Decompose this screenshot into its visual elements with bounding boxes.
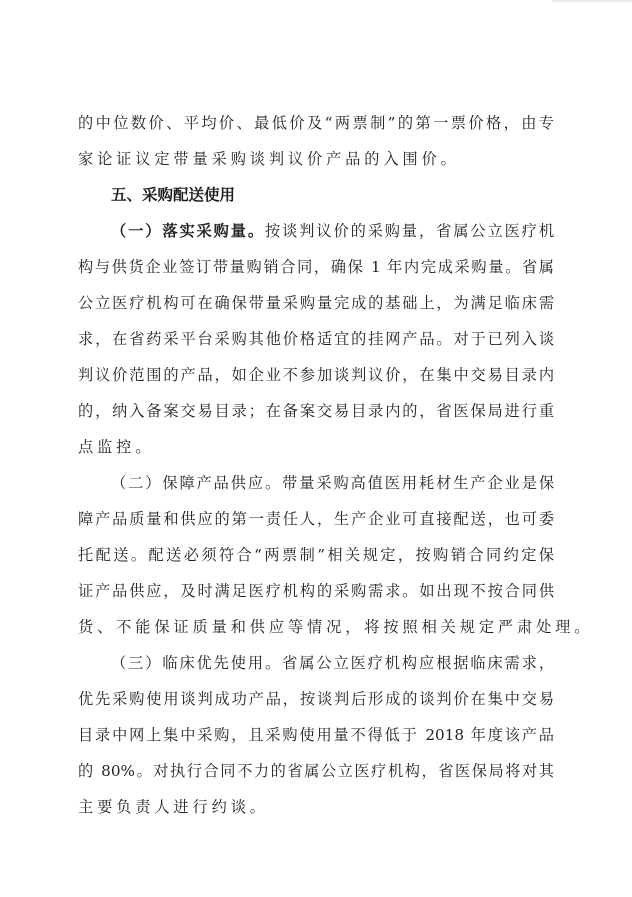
paragraph-line: 判议价范围的产品，如企业不参加谈判议价，在集中交易目录内 [78, 357, 554, 393]
paragraph-line: 证产品供应，及时满足医疗机构的采购需求。如出现不按合同供 [78, 573, 554, 609]
paragraph-line: 托配送。配送必须符合“两票制”相关规定，按购销合同约定保 [78, 537, 554, 573]
paragraph-line: 的，纳入备案交易目录；在备案交易目录内的，省医保局进行重 [78, 393, 554, 429]
paragraph-text: 带量采购高值医用耗材生产企业是保 [282, 474, 554, 492]
paragraph-line: （一）落实采购量。按谈判议价的采购量，省属公立医疗机 [111, 213, 554, 249]
paragraph-line: 的中位数价、平均价、最低价及“两票制”的第一票价格，由专 [78, 105, 554, 141]
paragraph-line: （二）保障产品供应。带量采购高值医用耗材生产企业是保 [111, 465, 554, 501]
paragraph-line: 公立医疗机构可在确保带量采购量完成的基础上，为满足临床需 [78, 285, 554, 321]
paragraph-line: 的 80%。对执行合同不力的省属公立医疗机构，省医保局将对其 [78, 753, 554, 789]
paragraph-line: 点监控。 [78, 429, 554, 465]
paragraph-line: 家论证议定带量采购谈判议价产品的入围价。 [78, 141, 554, 177]
paragraph-text: 省属公立医疗机构应根据临床需求， [282, 654, 554, 672]
paragraph-line: 求，在省药采平台采购其他价格适宜的挂网产品。对于已列入谈 [78, 321, 554, 357]
subsection-title-2: （二）保障产品供应。 [111, 474, 282, 492]
paragraph-line: （三）临床优先使用。省属公立医疗机构应根据临床需求， [111, 645, 554, 681]
paragraph-line: 构与供货企业签订带量购销合同，确保 1 年内完成采购量。省属 [78, 249, 554, 285]
paragraph-text: 按谈判议价的采购量，省属公立医疗机 [265, 222, 554, 240]
paragraph-line: 目录中网上集中采购，且采购使用量不得低于 2018 年度该产品 [78, 717, 554, 753]
paragraph-line: 货、不能保证质量和供应等情况，将按照相关规定严肃处理。 [78, 609, 554, 645]
paragraph-line: 主要负责人进行约谈。 [78, 789, 554, 825]
subsection-title-3: （三）临床优先使用。 [111, 654, 282, 672]
subsection-title-1: （一）落实采购量。 [111, 222, 265, 240]
paragraph-line: 障产品质量和供应的第一责任人，生产企业可直接配送，也可委 [78, 501, 554, 537]
page-edge-shadow [552, 0, 632, 3]
paragraph-line: 优先采购使用谈判成功产品，按谈判后形成的谈判价在集中交易 [78, 681, 554, 717]
section-heading-5: 五、采购配送使用 [111, 177, 235, 213]
